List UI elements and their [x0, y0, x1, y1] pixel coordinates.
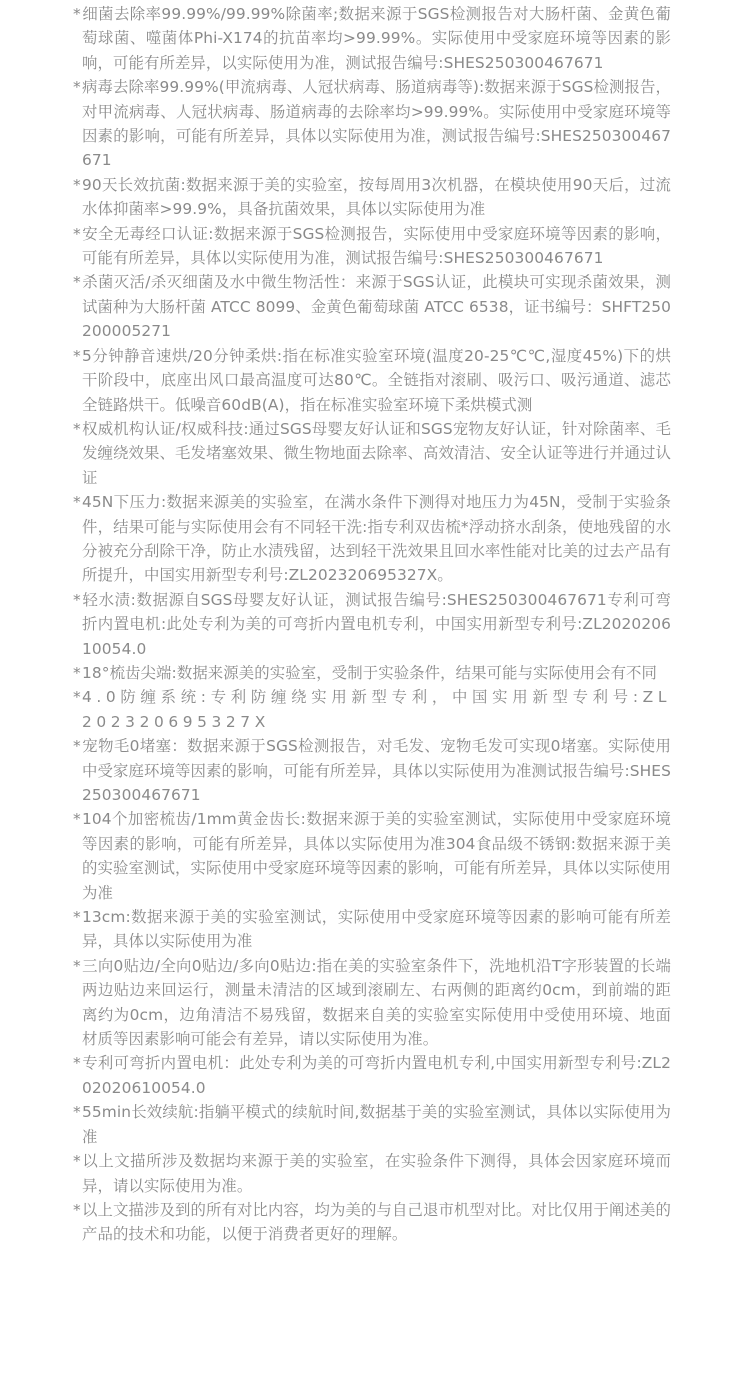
- note-18-degree-comb: *18°梳齿尖端:数据来源美的实验室，受制于实验条件，结果可能与实际使用会有不同: [73, 661, 671, 685]
- asterisk-marker: *: [73, 1149, 82, 1173]
- note-text: 专利可弯折内置电机：此处专利为美的可弯折内置电机专利,中国实用新型专利号:ZL2…: [82, 1054, 671, 1096]
- asterisk-marker: *: [73, 344, 82, 368]
- note-sterilization: *杀菌灭活/杀灭细菌及水中微生物活性：来源于SGS认证，此模块可实现杀菌效果，测…: [73, 270, 671, 343]
- note-text: 90天长效抗菌:数据来源于美的实验室，按每周用3次机器，在模块使用90天后，过流…: [82, 176, 671, 218]
- asterisk-marker: *: [73, 954, 82, 978]
- note-bacteria-removal: *细菌去除率99.99%/99.99%除菌率;数据来源于SGS检测报告对大肠杆菌…: [73, 2, 671, 75]
- note-text: 以上文描涉及到的所有对比内容，均为美的与自己退市机型对比。对比仅用于阐述美的产品…: [82, 1201, 671, 1243]
- disclaimer-notes-list: *细菌去除率99.99%/99.99%除菌率;数据来源于SGS检测报告对大肠杆菌…: [73, 2, 671, 1247]
- note-text: 轻水渍:数据源自SGS母婴友好认证，测试报告编号:SHES25030046767…: [82, 591, 671, 658]
- note-pet-hair-no-clog: *宠物毛0堵塞：数据来源于SGS检测报告，对毛发、宠物毛发可实现0堵塞。实际使用…: [73, 734, 671, 807]
- asterisk-marker: *: [73, 1051, 82, 1075]
- note-edge-cleaning: *三向0贴边/全向0贴边/多向0贴边:指在美的实验室条件下，洗地机沿T字形装置的…: [73, 954, 671, 1052]
- note-text: 宠物毛0堵塞：数据来源于SGS检测报告，对毛发、宠物毛发可实现0堵塞。实际使用中…: [82, 737, 671, 804]
- asterisk-marker: *: [73, 270, 82, 294]
- note-text: 5分钟静音速烘/20分钟柔烘:指在标准实验室环境(温度20-25℃℃,湿度45%…: [82, 347, 671, 414]
- note-virus-removal: *病毒去除率99.99%(甲流病毒、人冠状病毒、肠道病毒等):数据来源于SGS检…: [73, 75, 671, 173]
- asterisk-marker: *: [73, 734, 82, 758]
- asterisk-marker: *: [73, 1198, 82, 1222]
- note-text: 细菌去除率99.99%/99.99%除菌率;数据来源于SGS检测报告对大肠杆菌、…: [82, 5, 671, 72]
- note-anti-tangle-system: *4.0防缠系统:专利防缠绕实用新型专利，中国实用新型专利号:ZL2023206…: [73, 685, 671, 734]
- note-text: 4.0防缠系统:专利防缠绕实用新型专利，中国实用新型专利号:ZL20232069…: [82, 688, 671, 730]
- asterisk-marker: *: [73, 2, 82, 26]
- note-comb-teeth-steel: *104个加密梳齿/1mm黄金齿长:数据来源于美的实验室测试，实际使用中受家庭环…: [73, 807, 671, 905]
- note-oral-safety-certification: *安全无毒经口认证:数据来源于SGS检测报告，实际使用中受家庭环境等因素的影响，…: [73, 222, 671, 271]
- note-authority-certification: *权威机构认证/权威科技:通过SGS母婴友好认证和SGS宠物友好认证，针对除菌率…: [73, 417, 671, 490]
- asterisk-marker: *: [73, 490, 82, 514]
- note-text: 三向0贴边/全向0贴边/多向0贴边:指在美的实验室条件下，洗地机沿T字形装置的长…: [82, 957, 671, 1048]
- note-text: 杀菌灭活/杀灭细菌及水中微生物活性：来源于SGS认证，此模块可实现杀菌效果，测试…: [82, 273, 671, 340]
- note-45n-pressure: *45N下压力:数据来源美的实验室，在满水条件下测得对地压力为45N，受制于实验…: [73, 490, 671, 588]
- note-comparison-general: *以上文描涉及到的所有对比内容，均为美的与自己退市机型对比。对比仅用于阐述美的产…: [73, 1198, 671, 1247]
- asterisk-marker: *: [73, 1100, 82, 1124]
- note-foldable-motor-patent: *专利可弯折内置电机：此处专利为美的可弯折内置电机专利,中国实用新型专利号:ZL…: [73, 1051, 671, 1100]
- asterisk-marker: *: [73, 807, 82, 831]
- note-drying: *5分钟静音速烘/20分钟柔烘:指在标准实验室环境(温度20-25℃℃,湿度45…: [73, 344, 671, 417]
- note-13cm: *13cm:数据来源于美的实验室测试，实际使用中受家庭环境等因素的影响可能有所差…: [73, 905, 671, 954]
- note-text: 病毒去除率99.99%(甲流病毒、人冠状病毒、肠道病毒等):数据来源于SGS检测…: [82, 78, 671, 169]
- note-text: 安全无毒经口认证:数据来源于SGS检测报告，实际使用中受家庭环境等因素的影响，可…: [82, 225, 671, 267]
- asterisk-marker: *: [73, 905, 82, 929]
- asterisk-marker: *: [73, 173, 82, 197]
- note-data-source-general: *以上文描所涉及数据均来源于美的实验室，在实验条件下测得，具体会因家庭环境而异，…: [73, 1149, 671, 1198]
- asterisk-marker: *: [73, 417, 82, 441]
- asterisk-marker: *: [73, 661, 82, 685]
- note-text: 权威机构认证/权威科技:通过SGS母婴友好认证和SGS宠物友好认证，针对除菌率、…: [82, 420, 671, 487]
- note-text: 13cm:数据来源于美的实验室测试，实际使用中受家庭环境等因素的影响可能有所差异…: [82, 908, 671, 950]
- note-text: 55min长效续航:指躺平模式的续航时间,数据基于美的实验室测试，具体以实际使用…: [82, 1103, 671, 1145]
- asterisk-marker: *: [73, 222, 82, 246]
- note-text: 104个加密梳齿/1mm黄金齿长:数据来源于美的实验室测试，实际使用中受家庭环境…: [82, 810, 671, 901]
- note-text: 45N下压力:数据来源美的实验室，在满水条件下测得对地压力为45N，受制于实验条…: [82, 493, 671, 584]
- note-90-day-antibacterial: *90天长效抗菌:数据来源于美的实验室，按每周用3次机器，在模块使用90天后，过…: [73, 173, 671, 222]
- note-light-water-stain: *轻水渍:数据源自SGS母婴友好认证，测试报告编号:SHES2503004676…: [73, 588, 671, 661]
- asterisk-marker: *: [73, 685, 82, 709]
- asterisk-marker: *: [73, 75, 82, 99]
- note-text: 以上文描所涉及数据均来源于美的实验室，在实验条件下测得，具体会因家庭环境而异，请…: [82, 1152, 671, 1194]
- asterisk-marker: *: [73, 588, 82, 612]
- note-55min-runtime: *55min长效续航:指躺平模式的续航时间,数据基于美的实验室测试，具体以实际使…: [73, 1100, 671, 1149]
- note-text: 18°梳齿尖端:数据来源美的实验室，受制于实验条件，结果可能与实际使用会有不同: [82, 664, 657, 682]
